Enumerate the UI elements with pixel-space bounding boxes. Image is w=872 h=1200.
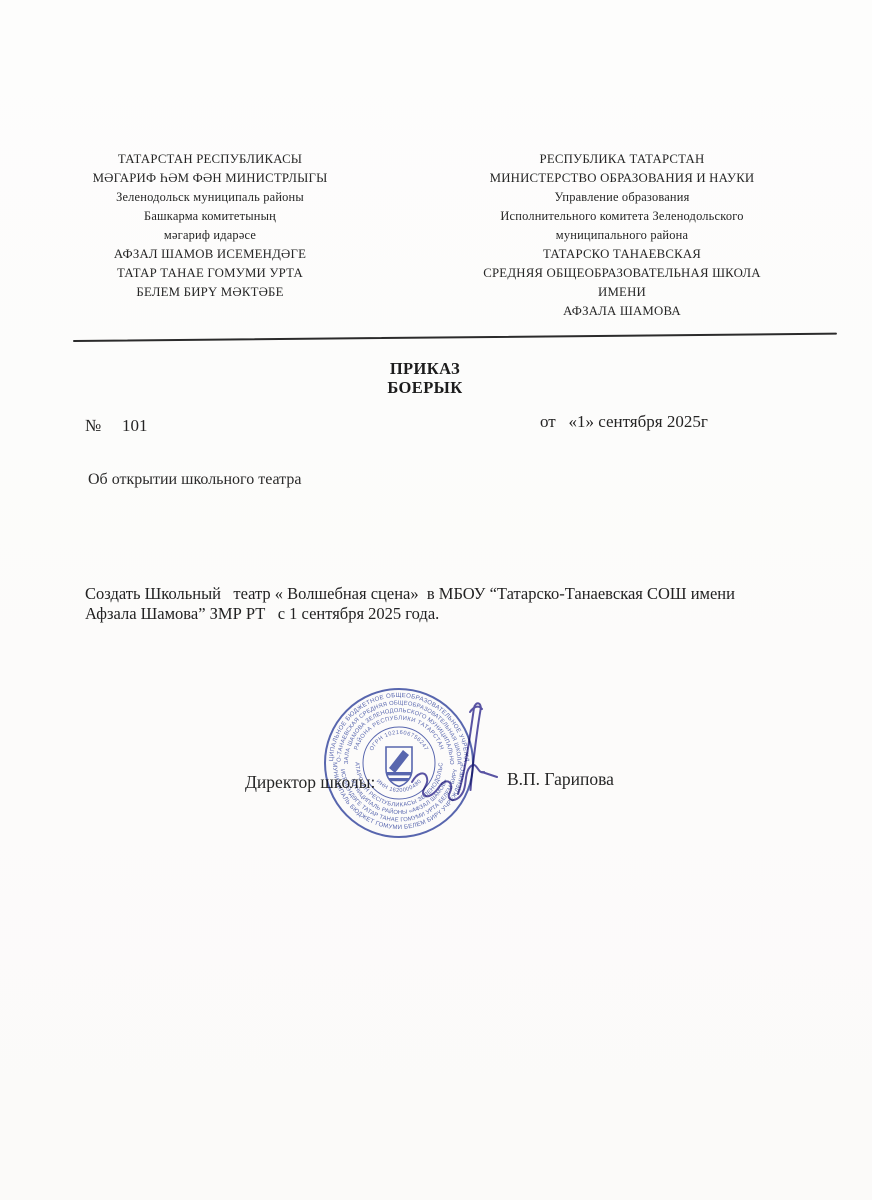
letterhead-line: МИНИСТЕРСТВО ОБРАЗОВАНИЯ И НАУКИ — [468, 169, 776, 188]
order-subject: Об открытии школьного театра — [88, 471, 301, 489]
order-date: от «1» сентября 2025г — [540, 412, 708, 432]
signature-svg — [400, 690, 580, 815]
order-number-value: 101 — [122, 416, 148, 436]
letterhead-line: Зеленодольск муниципаль районы — [60, 188, 360, 207]
scanned-order-document: { "header": { "left": { "lines": [ "ТАТА… — [0, 0, 872, 1200]
order-number-label: № — [85, 416, 101, 436]
letterhead-line: мәгариф идарәсе — [60, 226, 360, 245]
title-prikaz: ПРИКАЗ — [0, 359, 850, 378]
letterhead-line: ТАТАРСТАН РЕСПУБЛИКАСЫ — [60, 150, 360, 169]
body-line: Афзала Шамова” ЗМР РТ с 1 сентября 2025 … — [85, 604, 803, 624]
letterhead-line: СРЕДНЯЯ ОБЩЕОБРАЗОВАТЕЛЬНАЯ ШКОЛА ИМЕНИ — [468, 264, 776, 302]
order-body: Создать Школьный театр « Волшебная сцена… — [85, 584, 803, 623]
letterhead-line: Исполнительного комитета Зеленодольского — [468, 207, 776, 226]
header-divider-rule — [73, 333, 837, 343]
letterhead-line: АФЗАЛА ШАМОВА — [468, 302, 776, 321]
letterhead-tatar: ТАТАРСТАН РЕСПУБЛИКАСЫ МӘГАРИФ ҺӘМ ФӘН М… — [60, 150, 360, 302]
title-boeryk: БОЕРЫК — [0, 378, 850, 397]
letterhead-russian: РЕСПУБЛИКА ТАТАРСТАН МИНИСТЕРСТВО ОБРАЗО… — [468, 150, 776, 321]
body-line: Создать Школьный театр « Волшебная сцена… — [85, 584, 803, 604]
letterhead-line: АФЗАЛ ШАМОВ ИСЕМЕНДӘГЕ — [60, 245, 360, 264]
director-signature — [400, 690, 580, 815]
letterhead-line: РЕСПУБЛИКА ТАТАРСТАН — [468, 150, 776, 169]
letterhead-line: ТАТАР ТАНАЕ ГОМУМИ УРТА — [60, 264, 360, 283]
letterhead-line: ТАТАРСКО ТАНАЕВСКАЯ — [468, 245, 776, 264]
letterhead-line: Управление образования — [468, 188, 776, 207]
letterhead-line: Башкарма комитетының — [60, 207, 360, 226]
letterhead-line: МӘГАРИФ ҺӘМ ФӘН МИНИСТРЛЫГЫ — [60, 169, 360, 188]
document-title: ПРИКАЗ БОЕРЫК — [0, 359, 850, 397]
letterhead-line: БЕЛЕМ БИРҮ МӘКТӘБЕ — [60, 283, 360, 302]
letterhead-line: муниципального района — [468, 226, 776, 245]
